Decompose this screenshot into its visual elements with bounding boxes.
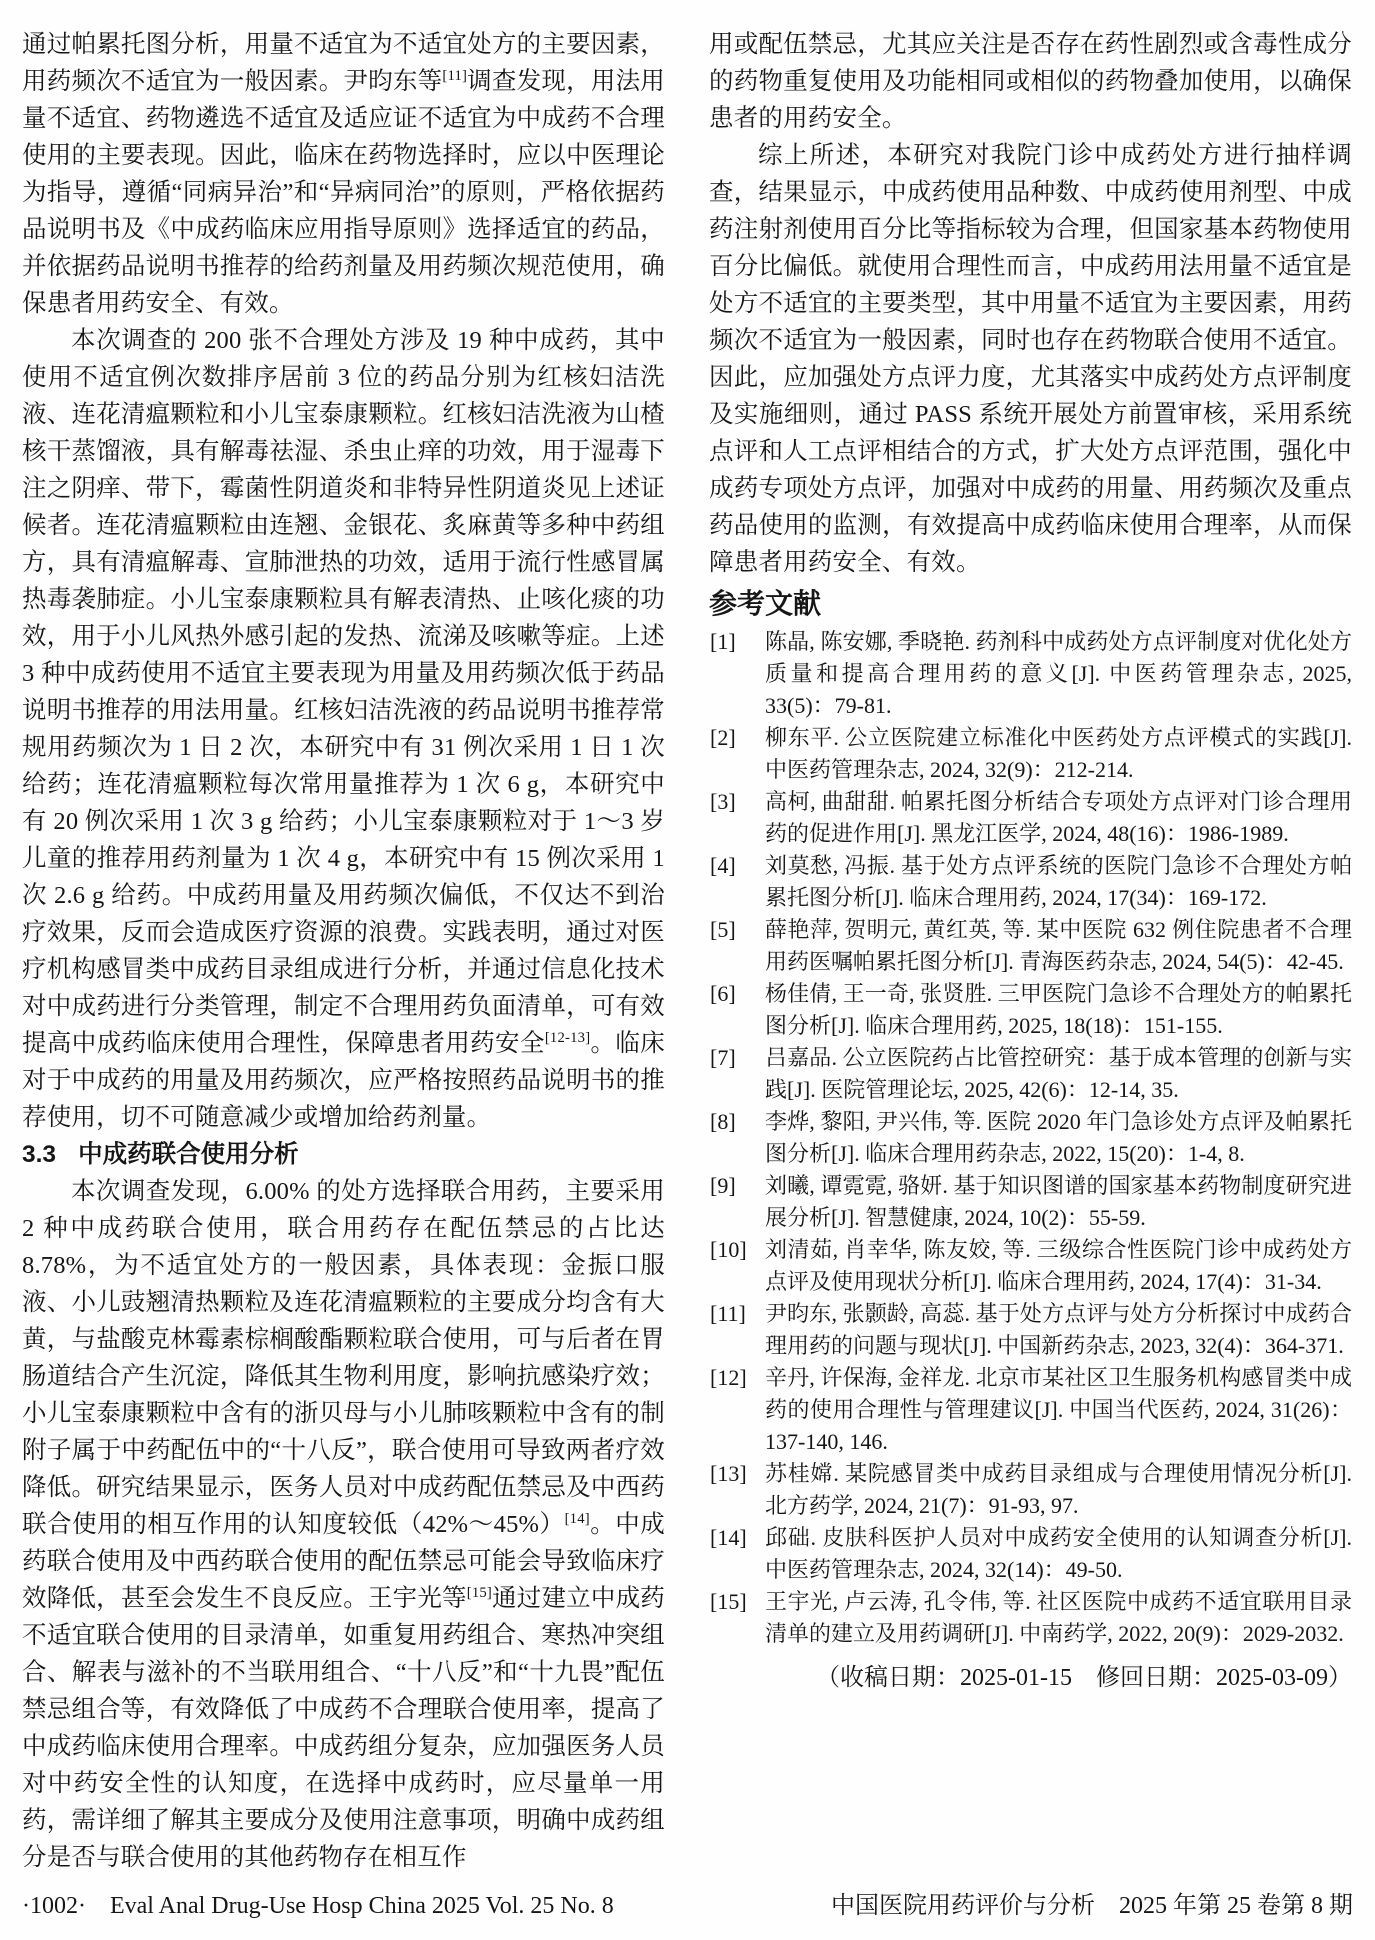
body-paragraph: 用或配伍禁忌，尤其应关注是否存在药性剧烈或含毒性成分的药物重复使用及功能相同或相…	[709, 26, 1352, 137]
reference-item: [1]陈晶, 陈安娜, 季晓艳. 药剂科中成药处方点评制度对优化处方质量和提高合…	[709, 626, 1352, 722]
reference-text: 邱础. 皮肤科医护人员对中成药安全使用的认知调查分析[J]. 中医药管理杂志, …	[765, 1525, 1352, 1582]
right-column: 用或配伍禁忌，尤其应关注是否存在药性剧烈或含毒性成分的药物重复使用及功能相同或相…	[709, 26, 1352, 1876]
body-paragraph: 本次调查的 200 张不合理处方涉及 19 种中成药，其中使用不适宜例次数排序居…	[22, 322, 665, 1136]
reference-number: [8]	[710, 1106, 736, 1138]
reference-text: 尹昀东, 张颢龄, 高蕊. 基于处方点评与处方分析探讨中成药合理用药的问题与现状…	[765, 1301, 1352, 1358]
citation-superscript: [12-13]	[545, 1030, 590, 1046]
reference-number: [3]	[710, 786, 736, 818]
page-footer: ·1002·Eval Anal Drug-Use Hosp China 2025…	[22, 1890, 1353, 1922]
reference-text: 辛丹, 许保海, 金祥龙. 北京市某社区卫生服务机构感冒类中成药的使用合理性与管…	[765, 1365, 1352, 1454]
reference-text: 刘曦, 谭霓霓, 骆妍. 基于知识图谱的国家基本药物制度研究进展分析[J]. 智…	[765, 1173, 1352, 1230]
left-column: 通过帕累托图分析，用量不适宜为不适宜处方的主要因素，用药频次不适宜为一般因素。尹…	[22, 26, 665, 1876]
body-paragraph: 通过帕累托图分析，用量不适宜为不适宜处方的主要因素，用药频次不适宜为一般因素。尹…	[22, 26, 665, 322]
footer-right: 中国医院用药评价与分析 2025 年第 25 卷第 8 期	[831, 1890, 1353, 1922]
reference-number: [2]	[710, 722, 736, 754]
reference-number: [13]	[710, 1458, 747, 1490]
reference-item: [10]刘清茹, 肖幸华, 陈友姣, 等. 三级综合性医院门诊中成药处方点评及使…	[709, 1234, 1352, 1298]
reference-number: [12]	[710, 1362, 747, 1394]
reference-number: [10]	[710, 1234, 747, 1266]
reference-item: [8]李烨, 黎阳, 尹兴伟, 等. 医院 2020 年门急诊处方点评及帕累托图…	[709, 1106, 1352, 1170]
reference-text: 刘莫愁, 冯振. 基于处方点评系统的医院门急诊不合理处方帕累托图分析[J]. 临…	[765, 853, 1352, 910]
section-heading: 3.3中成药联合使用分析	[22, 1136, 665, 1173]
reference-item: [6]杨佳倩, 王一奇, 张贤胜. 三甲医院门急诊不合理处方的帕累托图分析[J]…	[709, 978, 1352, 1042]
reference-number: [11]	[710, 1298, 746, 1330]
reference-number: [7]	[710, 1042, 736, 1074]
reference-item: [11]尹昀东, 张颢龄, 高蕊. 基于处方点评与处方分析探讨中成药合理用药的问…	[709, 1298, 1352, 1362]
page-number: ·1002·	[22, 1893, 86, 1919]
reference-text: 高柯, 曲甜甜. 帕累托图分析结合专项处方点评对门诊合理用药的促进作用[J]. …	[765, 789, 1352, 846]
reference-number: [14]	[710, 1522, 747, 1554]
references-list: [1]陈晶, 陈安娜, 季晓艳. 药剂科中成药处方点评制度对优化处方质量和提高合…	[709, 626, 1352, 1650]
references-heading: 参考文献	[709, 581, 1352, 626]
reference-item: [13]苏桂嫦. 某院感冒类中成药目录组成与合理使用情况分析[J]. 北方药学,…	[709, 1458, 1352, 1522]
body-paragraph: 综上所述，本研究对我院门诊中成药处方进行抽样调查，结果显示，中成药使用品种数、中…	[709, 137, 1352, 581]
reference-number: [15]	[710, 1586, 747, 1618]
reference-number: [9]	[710, 1170, 736, 1202]
citation-superscript: [14]	[565, 1511, 590, 1527]
reference-number: [5]	[710, 914, 736, 946]
journal-info-zh: 中国医院用药评价与分析 2025 年第 25 卷第 8 期	[831, 1893, 1353, 1919]
reference-item: [14]邱础. 皮肤科医护人员对中成药安全使用的认知调查分析[J]. 中医药管理…	[709, 1522, 1352, 1586]
reference-text: 陈晶, 陈安娜, 季晓艳. 药剂科中成药处方点评制度对优化处方质量和提高合理用药…	[765, 629, 1352, 718]
reference-item: [15]王宇光, 卢云涛, 孔令伟, 等. 社区医院中成药不适宜联用目录清单的建…	[709, 1586, 1352, 1650]
reference-item: [2]柳东平. 公立医院建立标准化中医药处方点评模式的实践[J]. 中医药管理杂…	[709, 722, 1352, 786]
reference-number: [1]	[710, 626, 736, 658]
reference-item: [9]刘曦, 谭霓霓, 骆妍. 基于知识图谱的国家基本药物制度研究进展分析[J]…	[709, 1170, 1352, 1234]
reference-item: [5]薛艳萍, 贺明元, 黄红英, 等. 某中医院 632 例住院患者不合理用药…	[709, 914, 1352, 978]
reference-text: 王宇光, 卢云涛, 孔令伟, 等. 社区医院中成药不适宜联用目录清单的建立及用药…	[765, 1589, 1352, 1646]
reference-number: [6]	[710, 978, 736, 1010]
footer-left: ·1002·Eval Anal Drug-Use Hosp China 2025…	[22, 1890, 614, 1922]
journal-page: 通过帕累托图分析，用量不适宜为不适宜处方的主要因素，用药频次不适宜为一般因素。尹…	[0, 0, 1375, 1940]
reference-text: 李烨, 黎阳, 尹兴伟, 等. 医院 2020 年门急诊处方点评及帕累托图分析[…	[765, 1109, 1352, 1166]
reference-text: 柳东平. 公立医院建立标准化中医药处方点评模式的实践[J]. 中医药管理杂志, …	[765, 725, 1352, 782]
two-column-layout: 通过帕累托图分析，用量不适宜为不适宜处方的主要因素，用药频次不适宜为一般因素。尹…	[0, 0, 1375, 1876]
journal-info-en: Eval Anal Drug-Use Hosp China 2025 Vol. …	[110, 1893, 614, 1919]
reference-item: [12]辛丹, 许保海, 金祥龙. 北京市某社区卫生服务机构感冒类中成药的使用合…	[709, 1362, 1352, 1458]
section-number: 3.3	[22, 1141, 56, 1168]
reference-text: 杨佳倩, 王一奇, 张贤胜. 三甲医院门急诊不合理处方的帕累托图分析[J]. 临…	[765, 981, 1352, 1038]
reference-text: 苏桂嫦. 某院感冒类中成药目录组成与合理使用情况分析[J]. 北方药学, 202…	[765, 1461, 1352, 1518]
received-revised-dates: （收稿日期：2025-01-15 修回日期：2025-03-09）	[709, 1658, 1352, 1698]
reference-item: [7]吕嘉品. 公立医院药占比管控研究：基于成本管理的创新与实践[J]. 医院管…	[709, 1042, 1352, 1106]
body-paragraph: 本次调查发现，6.00% 的处方选择联合用药，主要采用 2 种中成药联合使用，联…	[22, 1173, 665, 1876]
citation-superscript: [15]	[467, 1585, 492, 1601]
reference-text: 吕嘉品. 公立医院药占比管控研究：基于成本管理的创新与实践[J]. 医院管理论坛…	[765, 1045, 1352, 1102]
reference-item: [4]刘莫愁, 冯振. 基于处方点评系统的医院门急诊不合理处方帕累托图分析[J]…	[709, 850, 1352, 914]
citation-superscript: [11]	[442, 68, 467, 84]
reference-item: [3]高柯, 曲甜甜. 帕累托图分析结合专项处方点评对门诊合理用药的促进作用[J…	[709, 786, 1352, 850]
reference-number: [4]	[710, 850, 736, 882]
section-title: 中成药联合使用分析	[78, 1141, 299, 1168]
reference-text: 刘清茹, 肖幸华, 陈友姣, 等. 三级综合性医院门诊中成药处方点评及使用现状分…	[765, 1237, 1352, 1294]
reference-text: 薛艳萍, 贺明元, 黄红英, 等. 某中医院 632 例住院患者不合理用药医嘱帕…	[765, 917, 1352, 974]
